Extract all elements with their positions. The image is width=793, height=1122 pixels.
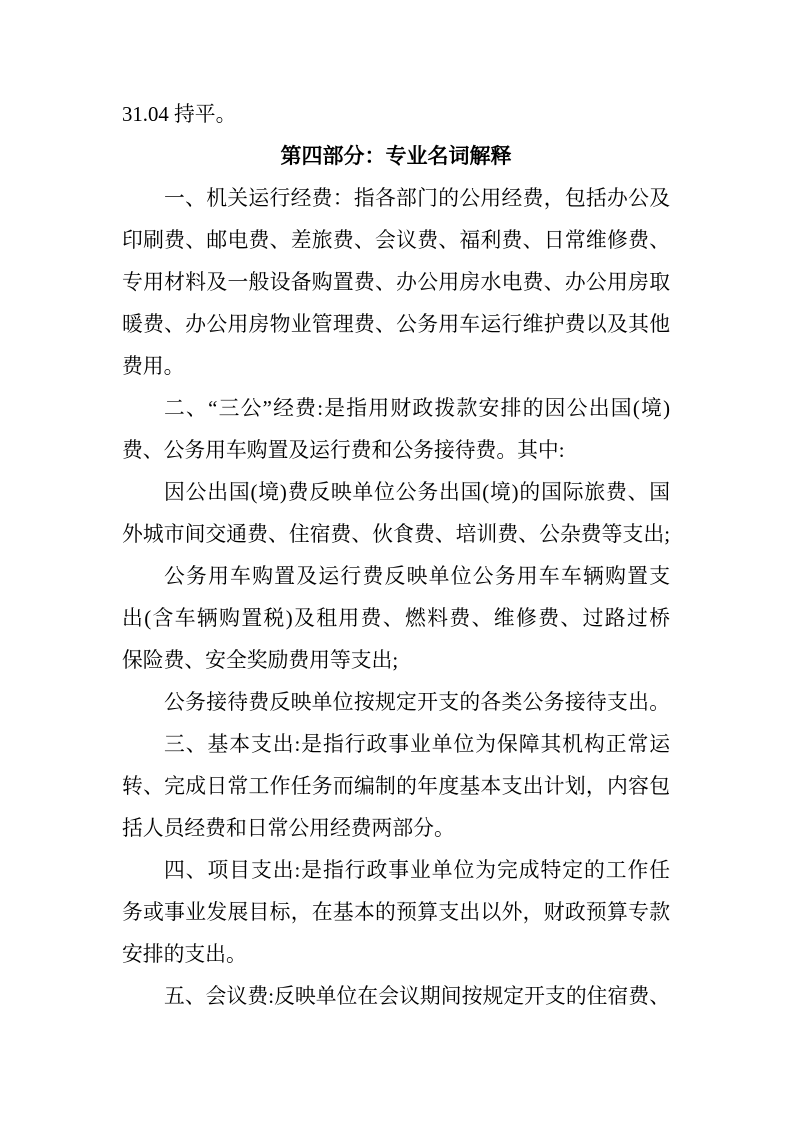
- paragraph-line: 费用。: [122, 346, 670, 388]
- paragraph-line: 安排的支出。: [122, 934, 670, 976]
- paragraph-line: 外城市间交通费、住宿费、伙食费、培训费、公杂费等支出;: [122, 514, 670, 556]
- paragraph-line: 五、会议费:反映单位在会议期间按规定开支的住宿费、: [122, 976, 670, 1018]
- paragraph-line: 因公出国(境)费反映单位公务出国(境)的国际旅费、国: [122, 472, 670, 514]
- paragraph-line: 三、基本支出:是指行政事业单位为保障其机构正常运: [122, 724, 670, 766]
- paragraph-line: 印刷费、邮电费、差旅费、会议费、福利费、日常维修费、: [122, 220, 670, 262]
- paragraph-line: 专用材料及一般设备购置费、办公用房水电费、办公用房取: [122, 262, 670, 304]
- paragraph-line: 括人员经费和日常公用经费两部分。: [122, 808, 670, 850]
- continuation-line: 31.04 持平。: [122, 94, 670, 136]
- paragraph-line: 公务接待费反映单位按规定开支的各类公务接待支出。: [122, 682, 670, 724]
- paragraph-line: 公务用车购置及运行费反映单位公务用车车辆购置支: [122, 556, 670, 598]
- section-heading: 第四部分：专业名词解释: [122, 136, 670, 178]
- paragraph-line: 暖费、办公用房物业管理费、公务用车运行维护费以及其他: [122, 304, 670, 346]
- paragraph-line: 费、公务用车购置及运行费和公务接待费。其中:: [122, 430, 670, 472]
- paragraph-line: 四、项目支出:是指行政事业单位为完成特定的工作任: [122, 850, 670, 892]
- paragraph-line: 保险费、安全奖励费用等支出;: [122, 640, 670, 682]
- paragraph-line: 务或事业发展目标，在基本的预算支出以外，财政预算专款: [122, 892, 670, 934]
- paragraph-line: 出(含车辆购置税)及租用费、燃料费、维修费、过路过桥费、: [122, 598, 670, 640]
- paragraph-line: 转、完成日常工作任务而编制的年度基本支出计划，内容包: [122, 766, 670, 808]
- paragraph-line: 二、“三公”经费:是指用财政拨款安排的因公出国(境): [122, 388, 670, 430]
- document-page: 31.04 持平。第四部分：专业名词解释一、机关运行经费：指各部门的公用经费，包…: [0, 0, 793, 1122]
- document-body: 31.04 持平。第四部分：专业名词解释一、机关运行经费：指各部门的公用经费，包…: [122, 94, 670, 1018]
- paragraph-line: 一、机关运行经费：指各部门的公用经费，包括办公及: [122, 178, 670, 220]
